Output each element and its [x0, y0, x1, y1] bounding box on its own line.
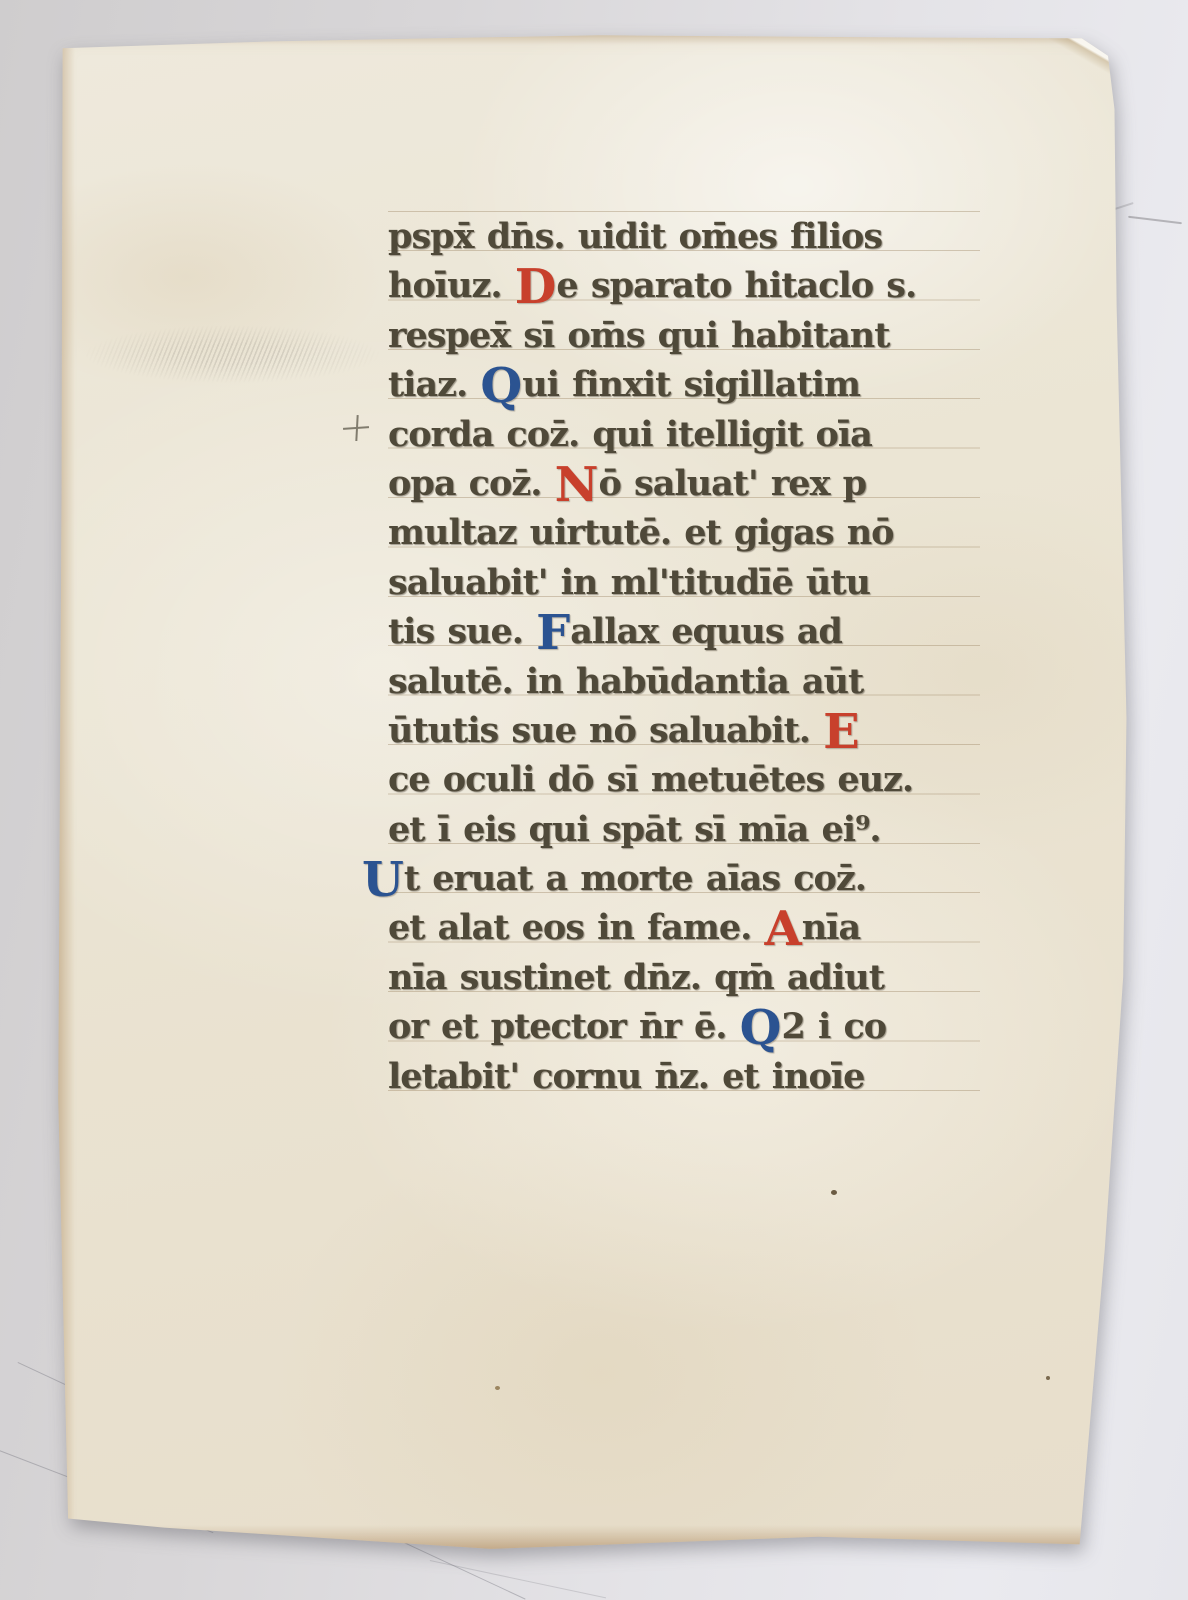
corner-fold	[1049, 33, 1127, 77]
text-line-13: et ī eis qui spāt sī mīa ei⁹.	[388, 805, 980, 854]
text-line-1: pspx̄ dn̄s. uidit om̄es filios	[388, 212, 980, 261]
text-segment: et ī eis qui spāt sī mīa ei⁹.	[388, 809, 881, 850]
text-segment: opa coz̄.	[388, 463, 555, 504]
blue-initial: Q	[740, 1000, 782, 1056]
leaf-edge-left	[55, 33, 75, 1555]
text-segment: ūtutis sue nō saluabit.	[388, 710, 823, 751]
text-line-11: ūtutis sue nō saluabit. E	[388, 706, 980, 755]
text-segment: or et ptector n̄r ē.	[388, 1006, 740, 1047]
text-segment: hoīuz.	[388, 265, 515, 306]
text-segment: tis sue.	[388, 611, 536, 652]
blue-initial: Q	[480, 358, 522, 414]
red-initial: N	[555, 457, 599, 513]
leaf-edge-bottom	[55, 1525, 1145, 1555]
text-segment: ce oculi dō sī metuētes euz.	[388, 759, 913, 800]
stain-speck	[1046, 1376, 1050, 1380]
text-line-7: multaz uirtutē. et gigas nō	[388, 508, 980, 557]
blue-initial: F	[536, 605, 570, 661]
text-segment: nīa	[802, 907, 860, 948]
ink-smudge	[85, 325, 380, 383]
text-segment: respex̄ sī om̄s qui habitant	[388, 315, 889, 356]
text-segment: 2 i co	[781, 1006, 886, 1047]
text-line-10: salutē. in habūdantia aūt	[388, 657, 980, 706]
text-segment: tiaz.	[388, 364, 480, 405]
text-segment: letabit' cornu n̄z. et inoīe	[388, 1056, 864, 1097]
leaf-edge-top	[55, 33, 1145, 45]
red-initial: A	[764, 901, 801, 957]
blue-initial: U	[362, 852, 404, 908]
leaf-edge-right	[1129, 33, 1145, 1555]
manuscript-leaf: pspx̄ dn̄s. uidit om̄es filioshoīuz. De …	[55, 33, 1145, 1555]
text-line-4: tiaz. Qui finxit sigillatim	[388, 360, 980, 409]
text-line-8: saluabit' in ml'titudīē ūtu	[388, 558, 980, 607]
text-segment: allax equus ad	[570, 611, 842, 652]
text-segment: ui finxit sigillatim	[522, 364, 860, 405]
stain-speck	[495, 1386, 500, 1390]
text-segment: saluabit' in ml'titudīē ūtu	[388, 562, 870, 603]
text-line-9: tis sue. Fallax equus ad	[388, 607, 980, 656]
margin-cross-mark	[343, 415, 369, 441]
vellum-surface: pspx̄ dn̄s. uidit om̄es filioshoīuz. De …	[55, 33, 1145, 1555]
red-initial: D	[515, 259, 557, 315]
text-line-2: hoīuz. De sparato hitaclo s.	[388, 261, 980, 310]
text-segment: salutē. in habūdantia aūt	[388, 661, 863, 702]
text-line-18: letabit' cornu n̄z. et inoīe	[388, 1052, 980, 1101]
surface-scratch	[430, 1560, 606, 1598]
text-segment: corda coz̄. qui itelligit oīa	[388, 414, 872, 455]
text-segment: nīa sustinet dn̄z. qm̄ adiut	[388, 957, 884, 998]
stain-speck	[831, 1190, 837, 1195]
text-line-14: Ut eruat a morte aīas coz̄.	[388, 854, 980, 903]
text-line-12: ce oculi dō sī metuētes euz.	[388, 755, 980, 804]
text-line-3: respex̄ sī om̄s qui habitant	[388, 311, 980, 360]
text-segment: multaz uirtutē. et gigas nō	[388, 512, 894, 553]
text-block: pspx̄ dn̄s. uidit om̄es filioshoīuz. De …	[388, 211, 980, 1101]
text-line-6: opa coz̄. Nō saluat' rex p	[388, 459, 980, 508]
text-segment: pspx̄ dn̄s. uidit om̄es filios	[388, 216, 882, 257]
red-initial: E	[823, 704, 860, 760]
text-segment: e sparato hitaclo s.	[556, 265, 916, 306]
photo-background: pspx̄ dn̄s. uidit om̄es filioshoīuz. De …	[0, 0, 1188, 1600]
text-line-5: corda coz̄. qui itelligit oīa	[388, 410, 980, 459]
text-line-17: or et ptector n̄r ē. Q2 i co	[388, 1002, 980, 1051]
text-segment: ō saluat' rex p	[598, 463, 866, 504]
text-segment: et alat eos in fame.	[388, 907, 764, 948]
text-line-16: nīa sustinet dn̄z. qm̄ adiut	[388, 953, 980, 1002]
text-line-15: et alat eos in fame. Anīa	[388, 903, 980, 952]
text-segment: t eruat a morte aīas coz̄.	[404, 858, 866, 899]
